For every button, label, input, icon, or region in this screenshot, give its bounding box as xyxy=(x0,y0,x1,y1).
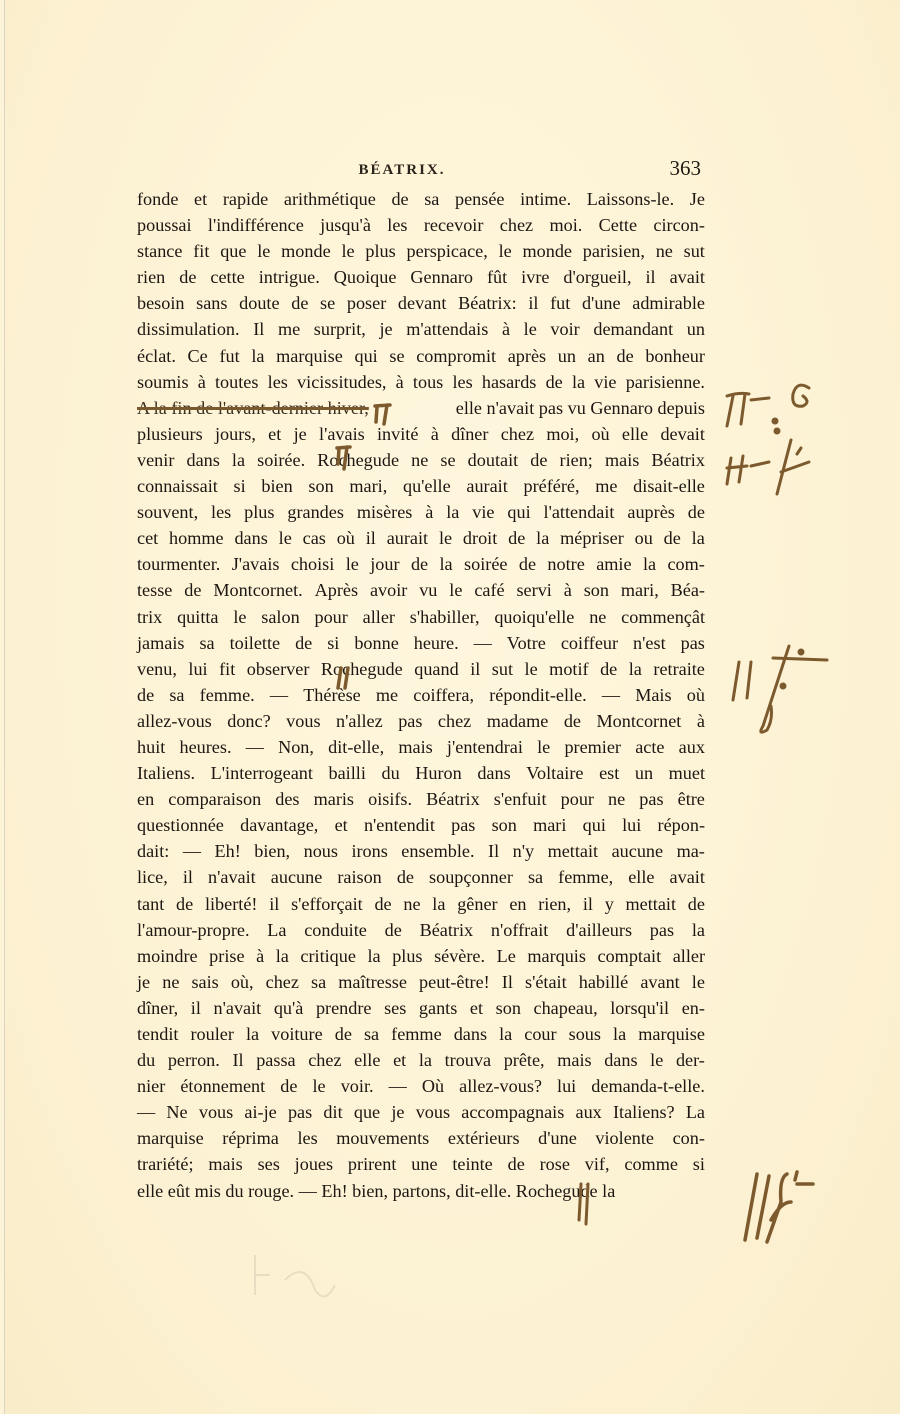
text-line: dîner,iln'avaitqu'àprendresesgantsetsonc… xyxy=(137,995,705,1021)
scanned-book-page: BÉATRIX. 363 fondeetrapidearithmétiquede… xyxy=(4,0,900,1414)
text-line: allez-vousdonc?vousn'allezpaschezmadamed… xyxy=(137,708,705,734)
text-line: connaissaitsibiensonmari,qu'elleauraitpr… xyxy=(137,473,705,499)
text-line: tessedeMontcornet.Aprèsavoirvulecaféserv… xyxy=(137,577,705,603)
running-title: BÉATRIX. xyxy=(137,162,703,179)
struck-text-line: A la fin de l'avant-dernier hiver, elle … xyxy=(137,395,705,421)
body-text: fondeetrapidearithmétiquedesapenséeintim… xyxy=(137,186,705,1204)
text-line: poussail'indifférencejusqu'àlesrecevoirc… xyxy=(137,212,705,238)
text-line: stancefitquelemondeleplusperspicace,lemo… xyxy=(137,238,705,264)
text-line: jamaissatoilettedesibonneheure.—Votrecoi… xyxy=(137,630,705,656)
text-line: lice,iln'avaitaucuneraisondesoupçonnersa… xyxy=(137,864,705,890)
page-number: 363 xyxy=(670,156,702,181)
text-line: tenditroulerlavoituredesafemmedanslacour… xyxy=(137,1021,705,1047)
text-line: Italiens.L'interrogeantbailliduHurondans… xyxy=(137,760,705,786)
text-line: besoinsansdoutedeseposerdevantBéatrix:il… xyxy=(137,290,705,316)
text-line: venu,luifitobserverRochegudequandilsutle… xyxy=(137,656,705,682)
text-line: encomparaisondesmarisoisifs.Béatrixs'enf… xyxy=(137,786,705,812)
text-line: elle eût mis du rouge. — Eh! bien, parto… xyxy=(137,1178,705,1204)
text-line: tantdeliberté!ils'efforçaitdenelagêneren… xyxy=(137,891,705,917)
text-line: huitheures.—Non,dit-elle,maisj'entendrai… xyxy=(137,734,705,760)
text-line: duperron.Ilpassachezelleetlatrouvaprête,… xyxy=(137,1047,705,1073)
text-line: —Nevousai-jepasditquejevousaccompagnaisa… xyxy=(137,1099,705,1125)
margin-note-mark-icon xyxy=(717,376,827,496)
text-line: desafemme.—Thérèsemecoiffera,répondit-el… xyxy=(137,682,705,708)
text-line: trariété;maissesjouesprirentuneteinteder… xyxy=(137,1151,705,1177)
text-line: dait:—Eh!bien,nousironsensemble.Iln'ymet… xyxy=(137,838,705,864)
text-line: riendecetteintrigue.QuoiqueGennarofûtivr… xyxy=(137,264,705,290)
text-line: fondeetrapidearithmétiquedesapenséeintim… xyxy=(137,186,705,212)
text-line: venirdanslasoirée.Rochegudenesedoutaitde… xyxy=(137,447,705,473)
text-line: dissimulation.Ilmesurprit,jem'attendaisà… xyxy=(137,316,705,342)
margin-note-mark-icon xyxy=(735,1162,825,1252)
text-line: jenesaisoù,chezsamaîtressepeut-être!Ils'… xyxy=(137,969,705,995)
margin-note-mark-icon xyxy=(727,640,857,740)
text-line: l'amour-propre.LaconduitedeBéatrixn'offr… xyxy=(137,917,705,943)
text-line: souvent,lesplusgrandesmisèresàlaviequil'… xyxy=(137,499,705,525)
text-line: trixquittalesalonpourallers'habiller,quo… xyxy=(137,604,705,630)
text-line: soumisàtouteslesvicissitudes,àtousleshas… xyxy=(137,369,705,395)
text-line: questionnéedavantage,etn'entenditpassonm… xyxy=(137,812,705,838)
text-line: moindrepriseàlacritiquelaplussévère.Lema… xyxy=(137,943,705,969)
text-line: marquiseréprimalesmouvementsextérieursd'… xyxy=(137,1125,705,1151)
text-line: tourmenter.J'avaischoisilejourdelasoirée… xyxy=(137,551,705,577)
text-line: nierétonnementdelevoir.—Oùallez-vous?lui… xyxy=(137,1073,705,1099)
text-line: éclat.Cefutlamarquisequisecompromitaprès… xyxy=(137,343,705,369)
text-line: cethommedanslecasoùilauraitledroitdelamé… xyxy=(137,525,705,551)
struck-text: A la fin de l'avant-dernier hiver, xyxy=(137,395,369,421)
bleed-through-mark-icon xyxy=(245,1250,365,1310)
text-line-rest: elle n'avait pas vu Gennaro depuis xyxy=(456,395,705,421)
text-line: plusieursjours,etjel'avaisinvitéàdînerch… xyxy=(137,421,705,447)
running-head: BÉATRIX. 363 xyxy=(137,158,703,182)
